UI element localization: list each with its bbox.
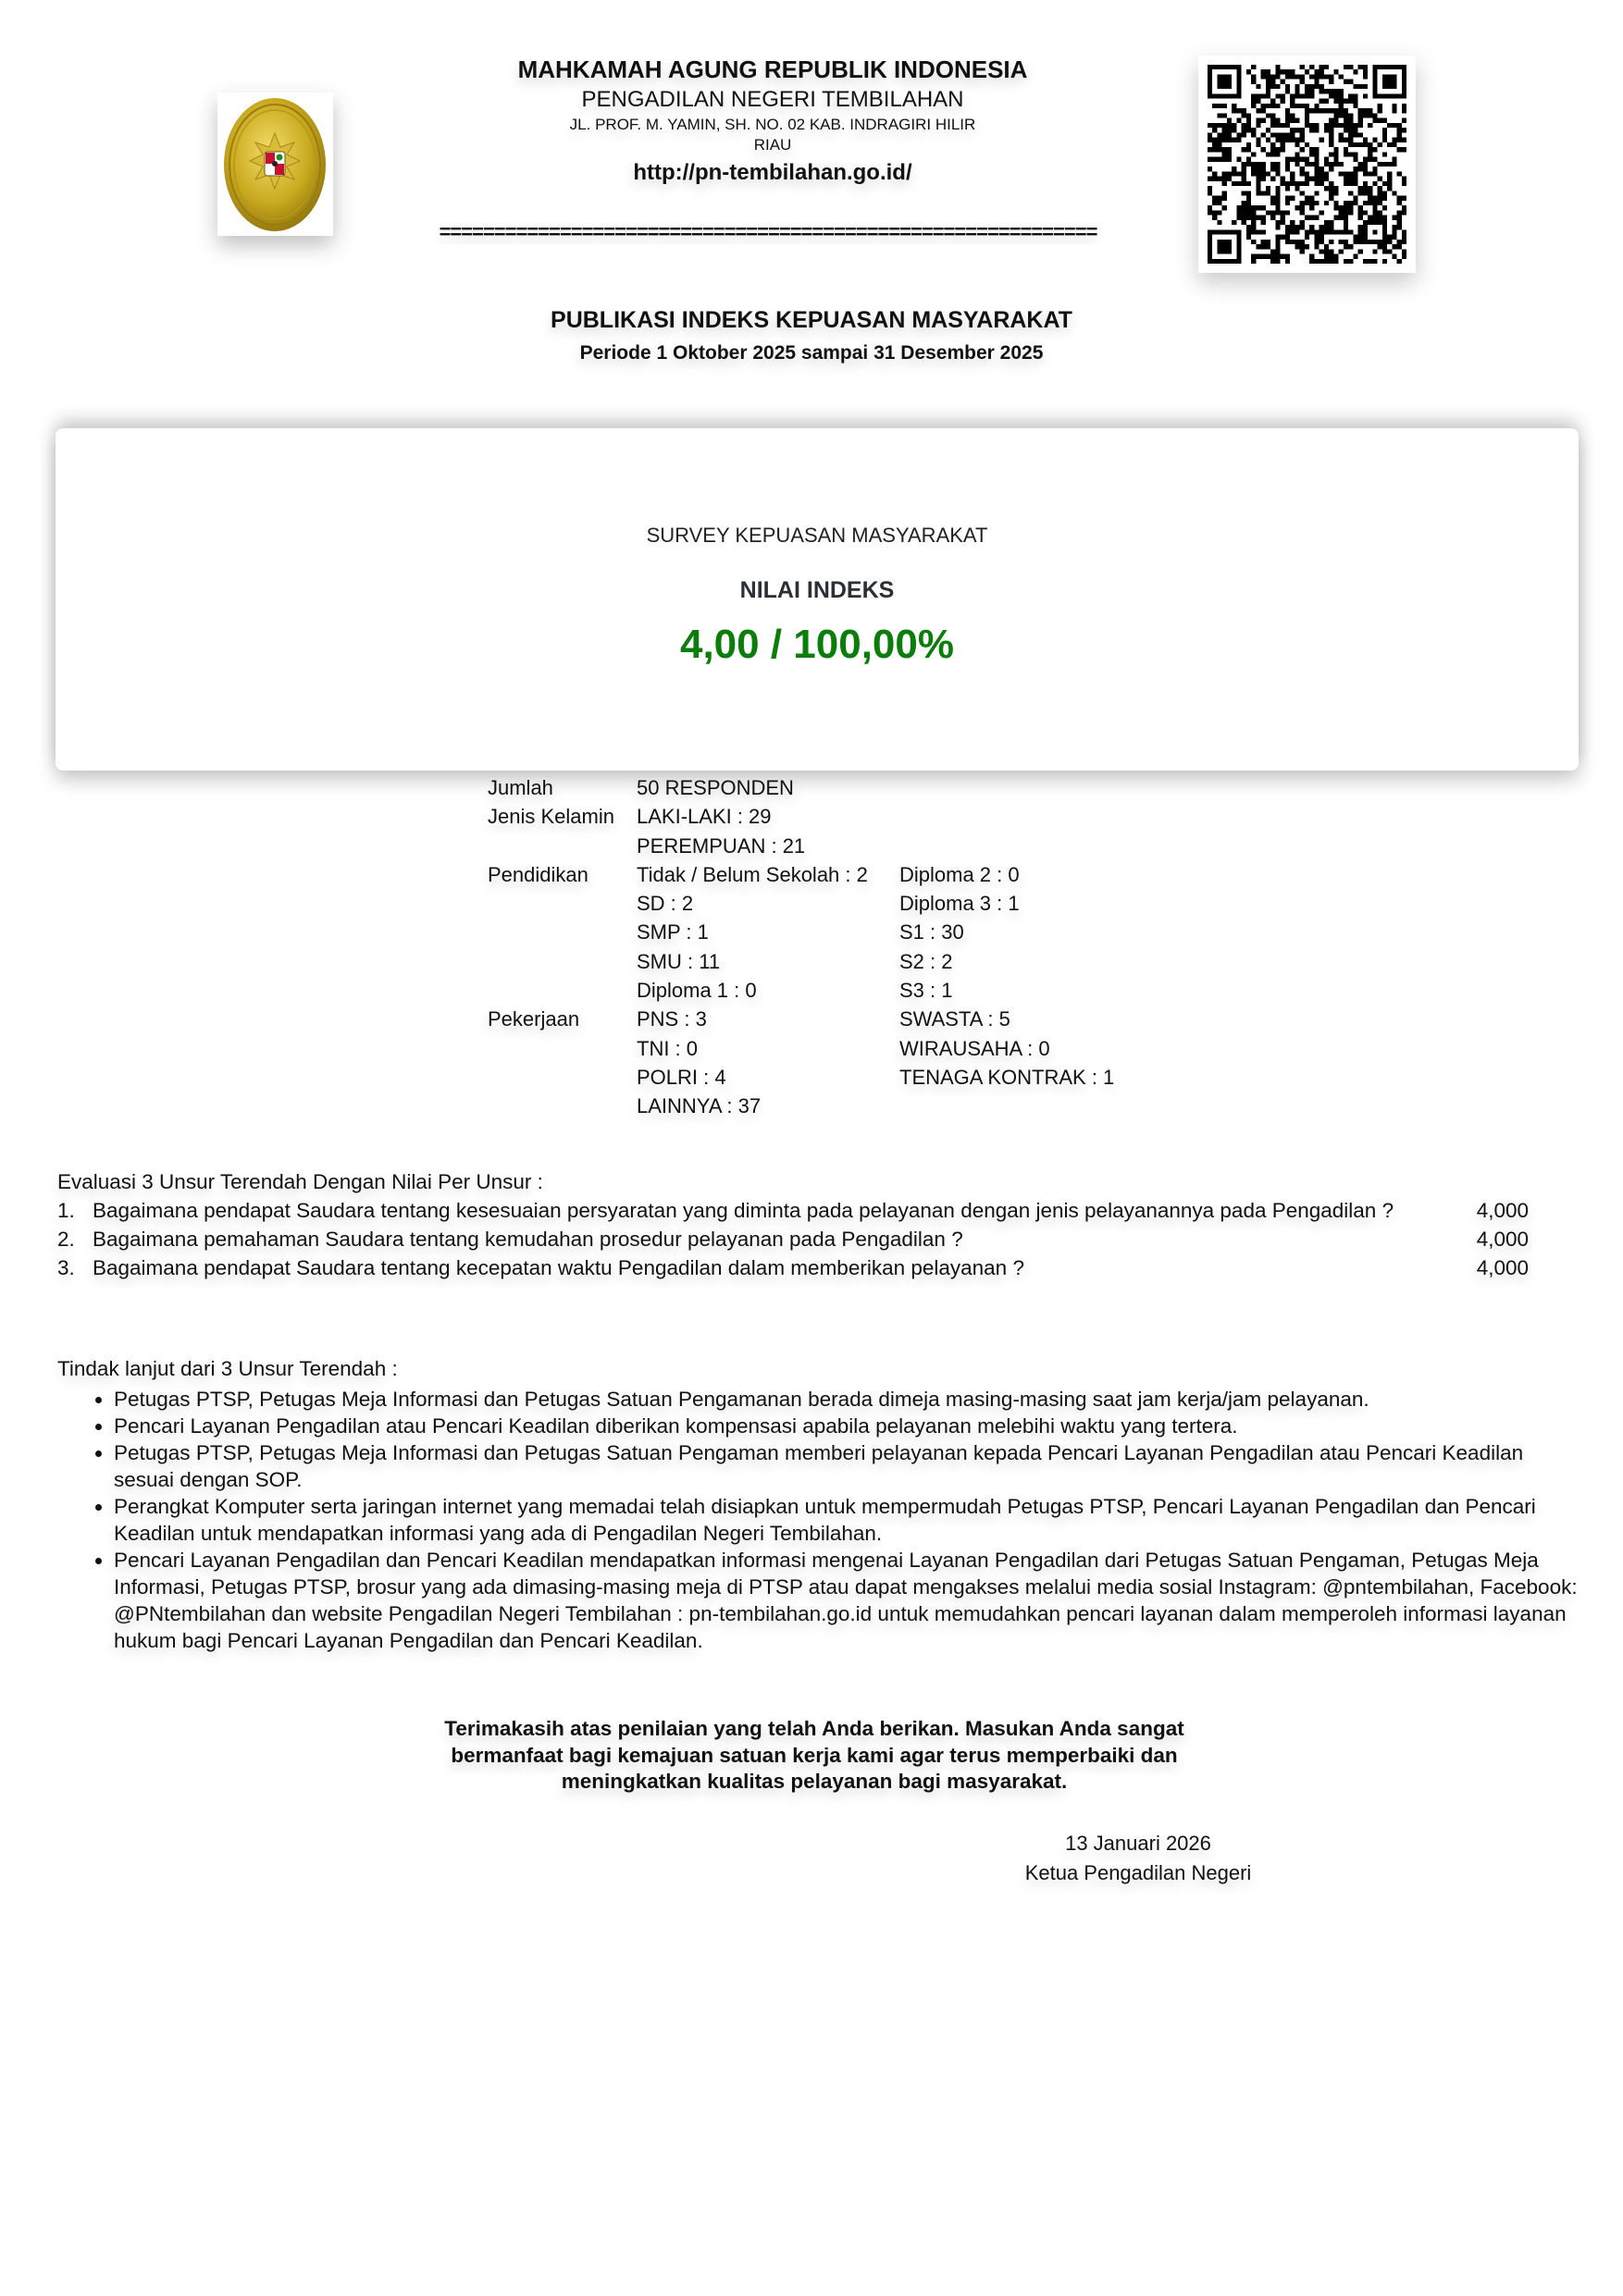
follow-up-item: Petugas PTSP, Petugas Meja Informasi dan…	[114, 1439, 1584, 1493]
follow-up-section: Tindak lanjut dari 3 Unsur Terendah : Pe…	[57, 1355, 1584, 1654]
lowest-elements-evaluation: Evaluasi 3 Unsur Terendah Dengan Nilai P…	[57, 1167, 1556, 1282]
address-line-2: RIAU	[361, 135, 1184, 155]
qr-code-icon	[1208, 65, 1406, 264]
demographic-category: Jumlah	[488, 773, 553, 802]
evaluation-item: 1.Bagaimana pendapat Saudara tentang kes…	[57, 1196, 1556, 1225]
website-link[interactable]: http://pn-tembilahan.go.id/	[361, 157, 1184, 189]
closing-message: Terimakasih atas penilaian yang telah An…	[389, 1716, 1240, 1796]
demographic-value-secondary: S1 : 30	[899, 918, 964, 946]
follow-up-list: Petugas PTSP, Petugas Meja Informasi dan…	[57, 1386, 1584, 1654]
evaluation-item-number: 1.	[57, 1196, 75, 1225]
signature-date: 13 Januari 2026	[981, 1830, 1295, 1858]
demographic-value: SMP : 1	[637, 918, 709, 946]
letterhead-separator: ========================================…	[361, 220, 1175, 244]
court-logo	[217, 93, 333, 236]
demographic-category: Pendidikan	[488, 860, 588, 889]
demographic-value: LAKI-LAKI : 29	[637, 802, 772, 831]
demographic-value-secondary: S2 : 2	[899, 947, 952, 976]
signatory-title: Ketua Pengadilan Negeri	[981, 1859, 1295, 1887]
letterhead: MAHKAMAH AGUNG REPUBLIK INDONESIA PENGAD…	[361, 54, 1184, 189]
demographic-value: PEREMPUAN : 21	[637, 832, 805, 860]
evaluation-item: 2.Bagaimana pemahaman Saudara tentang ke…	[57, 1225, 1556, 1253]
index-label: NILAI INDEKS	[56, 574, 1579, 606]
follow-up-item: Pencari Layanan Pengadilan atau Pencari …	[114, 1413, 1584, 1439]
demographic-value: LAINNYA : 37	[637, 1092, 761, 1120]
follow-up-heading: Tindak lanjut dari 3 Unsur Terendah :	[57, 1355, 1584, 1382]
demographic-value: Tidak / Belum Sekolah : 2	[637, 860, 868, 889]
demographic-category: Jenis Kelamin	[488, 802, 614, 831]
survey-label: SURVEY KEPUASAN MASYARAKAT	[56, 522, 1579, 549]
follow-up-item: Petugas PTSP, Petugas Meja Informasi dan…	[114, 1386, 1584, 1413]
demographic-value: POLRI : 4	[637, 1063, 726, 1092]
mahkamah-agung-emblem-icon	[222, 96, 328, 233]
demographic-value: 50 RESPONDEN	[637, 773, 794, 802]
follow-up-item: Perangkat Komputer serta jaringan intern…	[114, 1493, 1584, 1547]
court-name: PENGADILAN NEGERI TEMBILAHAN	[361, 85, 1184, 115]
index-value: 4,00 / 100,00%	[56, 619, 1579, 671]
evaluation-item-score: 4,000	[1477, 1225, 1529, 1253]
publication-title: PUBLIKASI INDEKS KEPUASAN MASYARAKAT	[0, 303, 1623, 337]
publication-period: Periode 1 Oktober 2025 sampai 31 Desembe…	[0, 339, 1623, 367]
demographic-value-secondary: Diploma 3 : 1	[899, 889, 1020, 918]
evaluation-item-number: 3.	[57, 1253, 75, 1282]
evaluation-item-score: 4,000	[1477, 1253, 1529, 1282]
evaluation-item-score: 4,000	[1477, 1196, 1529, 1225]
evaluation-list: 1.Bagaimana pendapat Saudara tentang kes…	[57, 1196, 1556, 1282]
demographic-category: Pekerjaan	[488, 1005, 579, 1033]
index-card: SURVEY KEPUASAN MASYARAKAT NILAI INDEKS …	[56, 428, 1579, 771]
qr-code	[1198, 56, 1416, 273]
demographic-value-secondary: S3 : 1	[899, 976, 952, 1005]
evaluation-item-question: Bagaimana pemahaman Saudara tentang kemu…	[93, 1228, 963, 1251]
demographic-value: PNS : 3	[637, 1005, 707, 1033]
demographic-value-secondary: SWASTA : 5	[899, 1005, 1010, 1033]
demographic-value: TNI : 0	[637, 1034, 698, 1063]
institution-name: MAHKAMAH AGUNG REPUBLIK INDONESIA	[361, 54, 1184, 85]
demographic-value-secondary: TENAGA KONTRAK : 1	[899, 1063, 1114, 1092]
address-line-1: JL. PROF. M. YAMIN, SH. NO. 02 KAB. INDR…	[361, 115, 1184, 135]
evaluation-item-question: Bagaimana pendapat Saudara tentang kecep…	[93, 1256, 1024, 1279]
evaluation-item-number: 2.	[57, 1225, 75, 1253]
evaluation-heading: Evaluasi 3 Unsur Terendah Dengan Nilai P…	[57, 1167, 1556, 1196]
demographic-value: SMU : 11	[637, 947, 720, 976]
demographic-value: SD : 2	[637, 889, 693, 918]
demographic-value-secondary: WIRAUSAHA : 0	[899, 1034, 1050, 1063]
demographic-value: Diploma 1 : 0	[637, 976, 757, 1005]
evaluation-item-question: Bagaimana pendapat Saudara tentang keses…	[93, 1199, 1394, 1222]
follow-up-item: Pencari Layanan Pengadilan dan Pencari K…	[114, 1547, 1584, 1654]
evaluation-item: 3.Bagaimana pendapat Saudara tentang kec…	[57, 1253, 1556, 1282]
demographic-value-secondary: Diploma 2 : 0	[899, 860, 1020, 889]
